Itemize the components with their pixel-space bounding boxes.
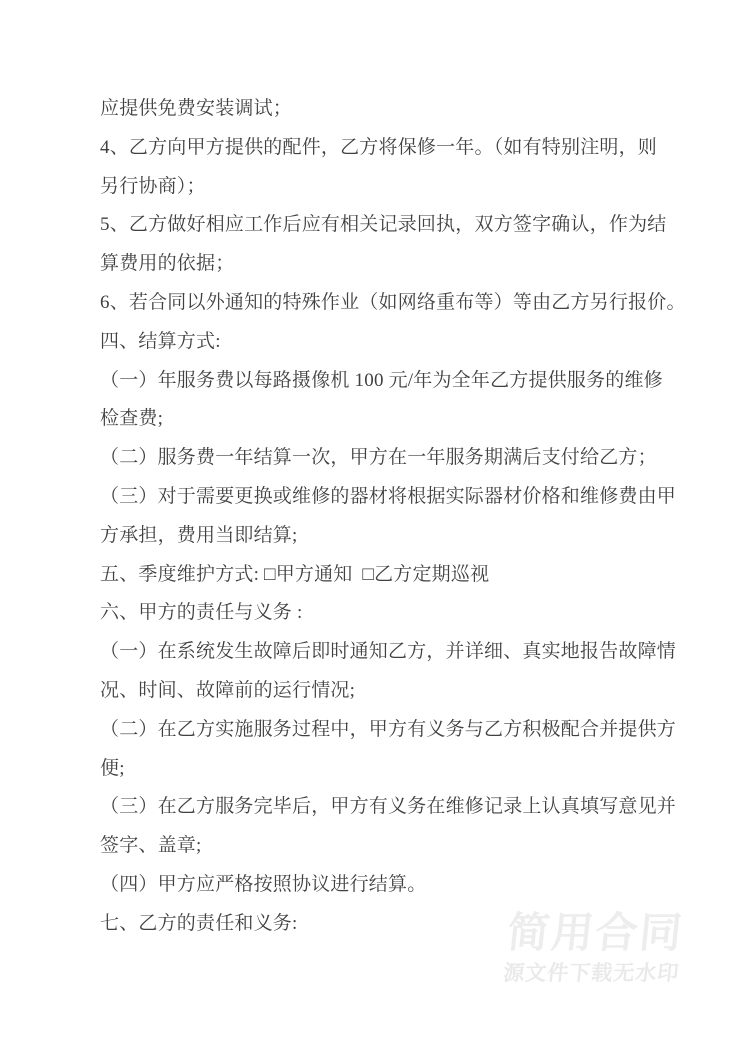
section-heading-party-a-duties: 六、甲方的责任与义务 : [100, 594, 680, 633]
document-line: 况、时间、故障前的运行情况; [100, 672, 680, 711]
document-line: 便; [100, 750, 680, 789]
document-line-item-3: （三）对于需要更换或维修的器材将根据实际器材价格和维修费由甲 [100, 478, 680, 517]
document-line: 应提供免费安装调试； [100, 90, 680, 129]
section-heading-settlement: 四、结算方式: [100, 323, 680, 362]
section-heading-party-b-duties: 七、乙方的责任和义务: [100, 905, 680, 944]
document-line: 签字、盖章; [100, 827, 680, 866]
document-line: 另行协商）； [100, 168, 680, 207]
document-line: 方承担，费用当即结算; [100, 517, 680, 556]
contract-page: 应提供免费安装调试； 4、乙方向甲方提供的配件，乙方将保修一年。（如有特别注明，… [0, 0, 742, 1049]
document-line-clause-6: 6、若合同以外通知的特殊作业（如网络重布等）等由乙方另行报价。 [100, 284, 680, 323]
document-line-clause-5: 5、乙方做好相应工作后应有相关记录回执，双方签字确认，作为结 [100, 206, 680, 245]
document-line-item-2: （二）服务费一年结算一次，甲方在一年服务期满后支付给乙方； [100, 439, 680, 478]
document-line-item-4: （四）甲方应严格按照协议进行结算。 [100, 866, 680, 905]
document-line: 检查费; [100, 400, 680, 439]
document-line-item-3: （三）在乙方服务完毕后，甲方有义务在维修记录上认真填写意见并 [100, 788, 680, 827]
contract-body-text: 应提供免费安装调试； 4、乙方向甲方提供的配件，乙方将保修一年。（如有特别注明，… [100, 90, 680, 944]
watermark-subtitle-text: 源文件下载无水印 [502, 963, 680, 985]
section-heading-maintenance-checkboxes: 五、季度维护方式: □甲方通知 □乙方定期巡视 [100, 556, 680, 595]
document-line-item-1: （一）在系统发生故障后即时通知乙方，并详细、真实地报告故障情 [100, 633, 680, 672]
document-line-item-1: （一）年服务费以每路摄像机 100 元/年为全年乙方提供服务的维修 [100, 362, 680, 401]
document-line: 算费用的依据； [100, 245, 680, 284]
document-line-clause-4: 4、乙方向甲方提供的配件，乙方将保修一年。（如有特别注明，则 [100, 129, 680, 168]
document-line-item-2: （二）在乙方实施服务过程中，甲方有义务与乙方积极配合并提供方 [100, 711, 680, 750]
